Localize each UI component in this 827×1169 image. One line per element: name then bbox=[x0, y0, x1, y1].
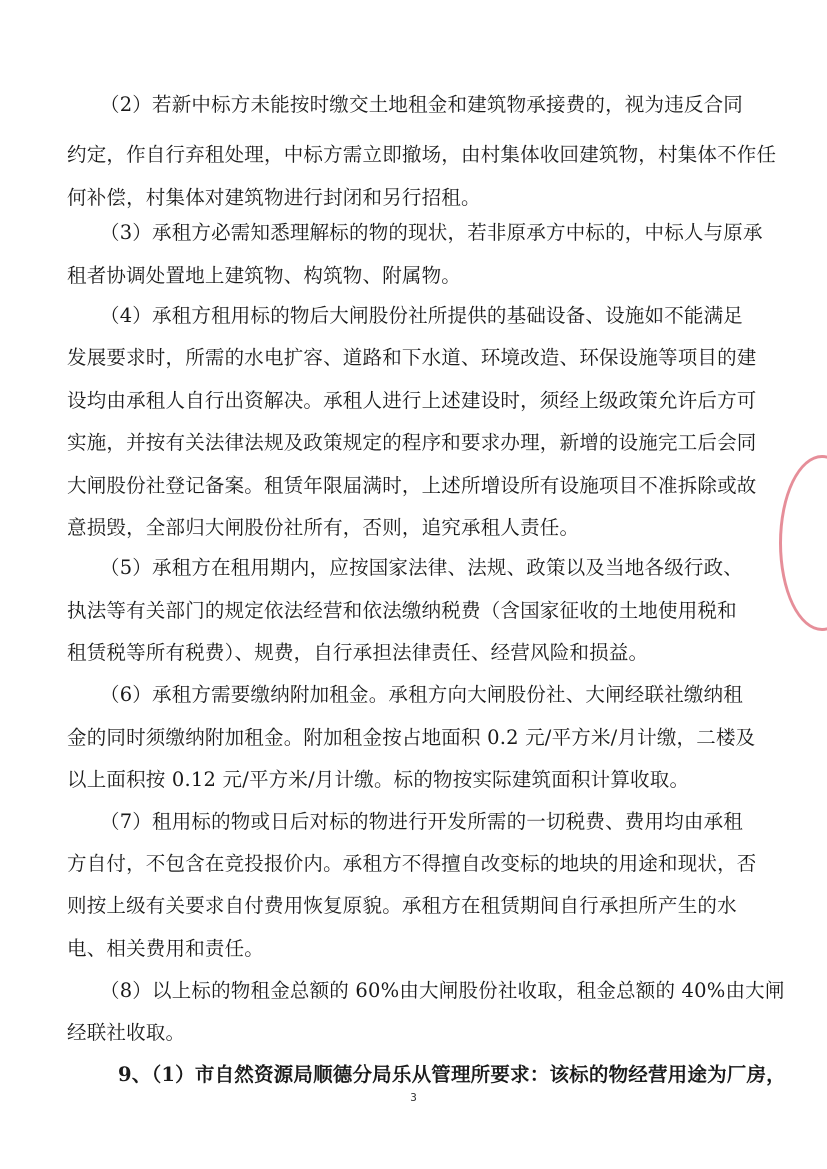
clause-8-line-1: （8）以上标的物租金总额的 60%由大闸股份社收取，租金总额的 40%由大闸 bbox=[100, 980, 800, 1002]
clause-6-line-1: （6）承租方需要缴纳附加租金。承租方向大闸股份社、大闸经联社缴纳租 bbox=[100, 684, 800, 706]
clause-4-line-1: （4）承租方租用标的物后大闸股份社所提供的基础设备、设施如不能满足 bbox=[100, 305, 800, 327]
section-9-heading: 9、（1）市自然资源局顺德分局乐从管理所要求：该标的物经营用途为厂房， bbox=[118, 1064, 818, 1086]
clause-5-line-3: 租赁税等所有税费）、规费，自行承担法律责任、经营风险和损益。 bbox=[67, 642, 767, 664]
clause-5-line-1: （5）承租方在租用期内，应按国家法律、法规、政策以及当地各级行政、 bbox=[100, 557, 800, 579]
clause-4-line-4: 实施，并按有关法律法规及政策规定的程序和要求办理，新增的设施完工后会同 bbox=[67, 432, 767, 454]
clause-8-line-2: 经联社收取。 bbox=[67, 1022, 767, 1044]
clause-5-line-2: 执法等有关部门的规定依法经营和依法缴纳税费（含国家征收的土地使用税和 bbox=[67, 600, 767, 622]
page-number: 3 bbox=[0, 1091, 827, 1104]
clause-7-line-4: 电、相关费用和责任。 bbox=[67, 938, 767, 960]
clause-6-line-3: 以上面积按 0.12 元/平方米/月计缴。标的物按实际建筑面积计算收取。 bbox=[67, 769, 767, 791]
clause-2-line-2: 约定，作自行弃租处理，中标方需立即撤场，由村集体收回建筑物，村集体不作任 bbox=[67, 144, 767, 166]
clause-2-line-3: 何补偿，村集体对建筑物进行封闭和另行招租。 bbox=[67, 187, 767, 209]
clause-6-line-2: 金的同时须缴纳附加租金。附加租金按占地面积 0.2 元/平方米/月计缴，二楼及 bbox=[67, 727, 767, 749]
clause-3-line-1: （3）承租方必需知悉理解标的物的现状，若非原承方中标的，中标人与原承 bbox=[100, 222, 800, 244]
clause-4-line-5: 大闸股份社登记备案。租赁年限届满时，上述所增设所有设施项目不准拆除或故 bbox=[67, 475, 767, 497]
clause-7-line-1: （7）租用标的物或日后对标的物进行开发所需的一切税费、费用均由承租 bbox=[100, 811, 800, 833]
clause-2-line-1: （2）若新中标方未能按时缴交土地租金和建筑物承接费的，视为违反合同 bbox=[100, 94, 800, 116]
clause-4-line-2: 发展要求时，所需的水电扩容、道路和下水道、环境改造、环保设施等项目的建 bbox=[67, 347, 767, 369]
clause-4-line-3: 设均由承租人自行出资解决。承租人进行上述建设时，须经上级政策允许后方可 bbox=[67, 390, 767, 412]
clause-3-line-2: 租者协调处置地上建筑物、构筑物、附属物。 bbox=[67, 265, 767, 287]
clause-7-line-2: 方自付，不包含在竞投报价内。承租方不得擅自改变标的地块的用途和现状，否 bbox=[67, 853, 767, 875]
red-seal-stamp bbox=[779, 455, 827, 631]
document-page: （2）若新中标方未能按时缴交土地租金和建筑物承接费的，视为违反合同 约定，作自行… bbox=[0, 0, 827, 1169]
clause-7-line-3: 则按上级有关要求自付费用恢复原貌。承租方在租赁期间自行承担所产生的水 bbox=[67, 895, 767, 917]
clause-4-line-6: 意损毁，全部归大闸股份社所有，否则，追究承租人责任。 bbox=[67, 517, 767, 539]
